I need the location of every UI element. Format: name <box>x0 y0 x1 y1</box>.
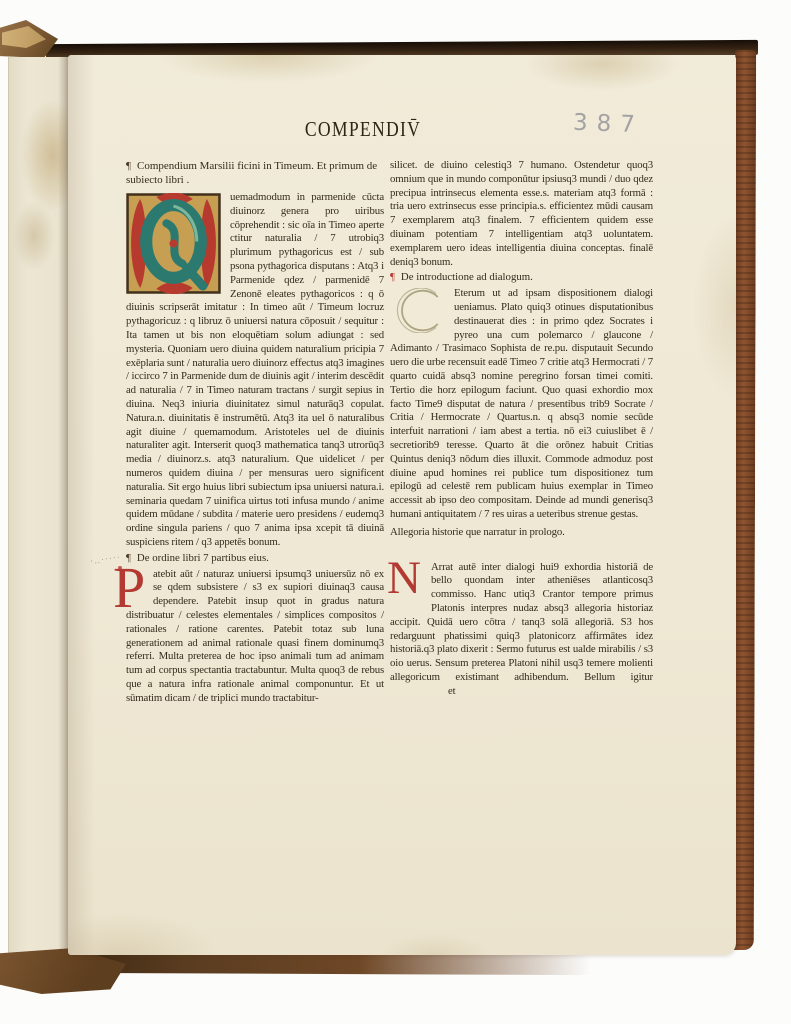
handwritten-folio-number: 387 <box>573 110 645 138</box>
paragraph-text: silicet. de diuino celestiq3 7 humano. O… <box>390 159 653 268</box>
paragraph: N Arrat autē inter dialogi hui9 exhordia… <box>390 561 653 699</box>
paragraph: C Eterum ut ad ipsam dispositionem dialo… <box>390 287 653 522</box>
paragraph: P atebit aūt / naturaz uniuersi ipsumq3 … <box>126 568 384 706</box>
paragraph-text: atebit aūt / naturaz uniuersi ipsumq3 un… <box>126 568 384 704</box>
catchword: et <box>448 685 456 699</box>
section-heading: ·‥····· ¶De ordine libri 7 partibus eius… <box>126 552 384 566</box>
allegory-heading: Allegoria historie que narratur in prolo… <box>390 526 653 540</box>
chapter-heading: ¶Compendium Marsilii ficini in Timeum. E… <box>126 159 384 187</box>
sketched-initial-c: C <box>390 288 448 333</box>
section-heading-text: De introductione ad dialogum. <box>401 271 533 283</box>
running-title: COMPENDIV̄ <box>266 117 459 142</box>
paragraph: silicet. de diuino celestiq3 7 humano. O… <box>390 159 653 269</box>
text-column-left: ¶Compendium Marsilii ficini in Timeum. E… <box>126 159 384 705</box>
paragraph: Q uemadmodum in parmenide cūcta diuinorz <box>126 191 384 550</box>
text-column-right: silicet. de diuino celestiq3 7 humano. O… <box>390 159 653 698</box>
incunabulum-photo: COMPENDIV̄ 387 ¶Compendium Marsilii fici… <box>0 0 791 1024</box>
binding-board-right-edge <box>733 50 756 950</box>
rubricated-initial-p: P <box>126 568 153 597</box>
chapter-heading-text: Compendium Marsilii ficini in Timeum. Et… <box>126 160 377 186</box>
section-heading: ¶De introductione ad dialogum. <box>390 271 653 285</box>
section-heading-text: De ordine libri 7 partibus eius. <box>137 552 269 564</box>
paraph-mark: ¶ <box>390 271 395 283</box>
recto-page: COMPENDIV̄ 387 ¶Compendium Marsilii fici… <box>68 55 736 955</box>
rubricated-initial-n: N <box>390 561 431 604</box>
paraph-mark: ¶ <box>126 160 131 172</box>
illuminated-initial-q: Q <box>126 193 221 294</box>
allegory-heading-text: Allegoria historie que narratur in prolo… <box>390 526 565 538</box>
